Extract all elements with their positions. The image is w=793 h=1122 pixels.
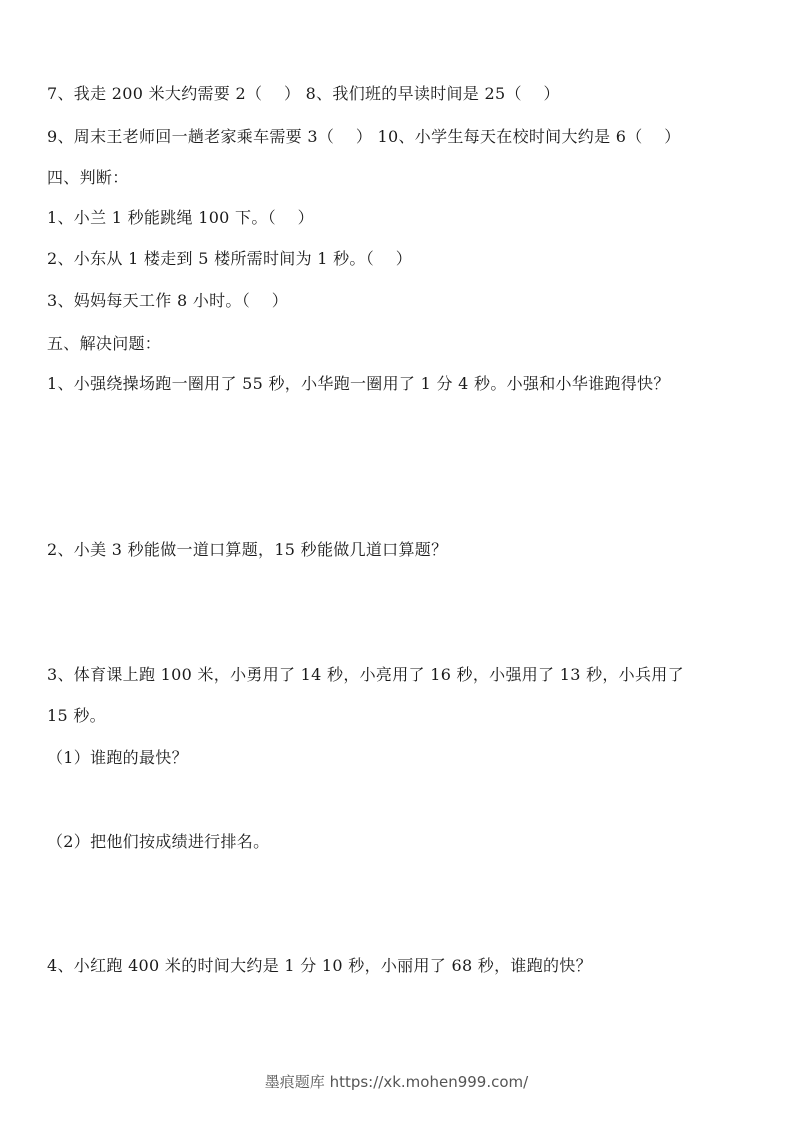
judge-item-1: 1、小兰 1 秒能跳绳 100 下。（ ） — [47, 208, 314, 228]
judge-item-2: 2、小东从 1 楼走到 5 楼所需时间为 1 秒。（ ） — [47, 249, 412, 269]
solve-question-3-sub-2: （2）把他们按成绩进行排名。 — [47, 832, 269, 852]
fill-in-question-7-8: 7、我走 200 米大约需要 2（ ） 8、我们班的早读时间是 25（ ） — [47, 84, 560, 104]
solve-question-3-line-2: 15 秒。 — [47, 706, 106, 726]
footer-watermark: 墨痕题库 https://xk.mohen999.com/ — [0, 1071, 793, 1092]
judge-item-3: 3、妈妈每天工作 8 小时。（ ） — [47, 291, 288, 311]
solve-question-2: 2、小美 3 秒能做一道口算题，15 秒能做几道口算题？ — [47, 540, 447, 560]
section-solve-title: 五、解决问题： — [47, 334, 161, 354]
fill-in-question-9-10: 9、周末王老师回一趟老家乘车需要 3（ ） 10、小学生每天在校时间大约是 6（… — [47, 127, 681, 147]
solve-question-3-line-1: 3、体育课上跑 100 米，小勇用了 14 秒，小亮用了 16 秒，小强用了 1… — [47, 665, 684, 685]
solve-question-3-sub-1: （1）谁跑的最快？ — [47, 748, 188, 768]
solve-question-1: 1、小强绕操场跑一圈用了 55 秒，小华跑一圈用了 1 分 4 秒。小强和小华谁… — [47, 374, 670, 394]
solve-question-4: 4、小红跑 400 米的时间大约是 1 分 10 秒，小丽用了 68 秒，谁跑的… — [47, 956, 592, 976]
section-judge-title: 四、判断： — [47, 168, 129, 188]
